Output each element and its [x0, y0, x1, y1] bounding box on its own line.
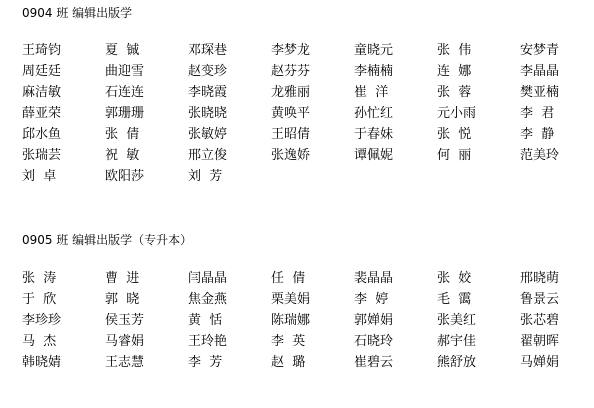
student-name: 元小雨 — [437, 103, 520, 124]
student-name: 王昭倩 — [271, 124, 354, 145]
student-name: 侯玉芳 — [105, 310, 188, 331]
student-name: 黄唤平 — [271, 103, 354, 124]
student-name: 樊亚楠 — [520, 82, 594, 103]
student-name: 张 涛 — [22, 268, 105, 289]
student-name — [354, 166, 437, 187]
student-name: 邱水鱼 — [22, 124, 105, 145]
student-name: 夏 铖 — [105, 40, 188, 61]
student-name: 安梦青 — [520, 40, 594, 61]
student-name: 李 君 — [520, 103, 594, 124]
student-name: 张 姣 — [437, 268, 520, 289]
student-name — [520, 166, 594, 187]
student-name: 连 娜 — [437, 61, 520, 82]
table-row: 薛亚荣 郭珊珊 张晓晓 黄唤平 孙忙红 元小雨 李 君 — [22, 103, 594, 124]
student-name: 何 丽 — [437, 145, 520, 166]
student-name: 鲁景云 — [520, 289, 594, 310]
student-name: 翟朝晖 — [520, 331, 594, 352]
student-name — [271, 166, 354, 187]
student-name: 张瑞芸 — [22, 145, 105, 166]
student-name: 张敏婷 — [188, 124, 271, 145]
student-name: 张晓晓 — [188, 103, 271, 124]
student-name: 焦金燕 — [188, 289, 271, 310]
student-name: 赵变珍 — [188, 61, 271, 82]
student-name: 邢立俊 — [188, 145, 271, 166]
student-name: 郝宇佳 — [437, 331, 520, 352]
student-name: 曹 进 — [105, 268, 188, 289]
student-name: 石连连 — [105, 82, 188, 103]
student-name: 李梦龙 — [271, 40, 354, 61]
student-name: 马婵娟 — [520, 352, 594, 373]
name-grid-0905: 张 涛 曹 进 闫晶晶 任 倩 裴晶晶 张 姣 邢晓萌 于 欣 郭 晓 焦金燕 … — [22, 268, 594, 373]
student-name: 栗美娟 — [271, 289, 354, 310]
table-row: 张瑞芸 祝 敏 邢立俊 张逸娇 谭佩妮 何 丽 范美玲 — [22, 145, 594, 166]
student-name: 邓琛巷 — [188, 40, 271, 61]
student-name: 李 静 — [520, 124, 594, 145]
student-name: 李 婷 — [354, 289, 437, 310]
student-name: 李楠楠 — [354, 61, 437, 82]
student-name: 郭珊珊 — [105, 103, 188, 124]
student-name: 韩晓婧 — [22, 352, 105, 373]
student-name: 李 英 — [271, 331, 354, 352]
student-name: 熊舒放 — [437, 352, 520, 373]
table-row: 周廷廷 曲迎雪 赵变珍 赵芬芬 李楠楠 连 娜 李晶晶 — [22, 61, 594, 82]
student-name: 张美红 — [437, 310, 520, 331]
student-name: 王志慧 — [105, 352, 188, 373]
table-row: 马 杰 马睿娟 王玲艳 李 英 石晓玲 郝宇佳 翟朝晖 — [22, 331, 594, 352]
student-name: 刘 卓 — [22, 166, 105, 187]
student-name: 周廷廷 — [22, 61, 105, 82]
table-row: 李珍珍 侯玉芳 黄 恬 陈瑞娜 郭婵娟 张美红 张芯碧 — [22, 310, 594, 331]
student-name: 张 伟 — [437, 40, 520, 61]
student-name: 孙忙红 — [354, 103, 437, 124]
student-name: 赵芬芬 — [271, 61, 354, 82]
student-name: 毛 霭 — [437, 289, 520, 310]
student-name: 马睿娟 — [105, 331, 188, 352]
table-row: 张 涛 曹 进 闫晶晶 任 倩 裴晶晶 张 姣 邢晓萌 — [22, 268, 594, 289]
table-row: 刘 卓 欧阳莎 刘 芳 — [22, 166, 594, 187]
student-name: 童晓元 — [354, 40, 437, 61]
student-name: 王琦钧 — [22, 40, 105, 61]
student-name: 赵 璐 — [271, 352, 354, 373]
name-grid-0904: 王琦钧 夏 铖 邓琛巷 李梦龙 童晓元 张 伟 安梦青 周廷廷 曲迎雪 赵变珍 … — [22, 40, 594, 187]
student-name: 于春妹 — [354, 124, 437, 145]
student-name: 任 倩 — [271, 268, 354, 289]
table-row: 麻洁敏 石连连 李晓霞 龙雅丽 崔 洋 张 蓉 樊亚楠 — [22, 82, 594, 103]
student-name: 石晓玲 — [354, 331, 437, 352]
table-row: 王琦钧 夏 铖 邓琛巷 李梦龙 童晓元 张 伟 安梦青 — [22, 40, 594, 61]
student-name — [437, 166, 520, 187]
student-name: 黄 恬 — [188, 310, 271, 331]
section-title-0905: 0905 班 编辑出版学（专升本） — [22, 233, 192, 247]
student-name: 崔 洋 — [354, 82, 437, 103]
student-name: 郭 晓 — [105, 289, 188, 310]
student-name: 崔碧云 — [354, 352, 437, 373]
student-name: 祝 敏 — [105, 145, 188, 166]
student-name: 谭佩妮 — [354, 145, 437, 166]
student-name: 李晶晶 — [520, 61, 594, 82]
student-name: 裴晶晶 — [354, 268, 437, 289]
section-title-0904: 0904 班 编辑出版学 — [22, 6, 132, 20]
student-name: 于 欣 — [22, 289, 105, 310]
student-name: 麻洁敏 — [22, 82, 105, 103]
student-name: 龙雅丽 — [271, 82, 354, 103]
student-name: 张 倩 — [105, 124, 188, 145]
student-name: 张 蓉 — [437, 82, 520, 103]
student-name: 张 悦 — [437, 124, 520, 145]
student-name: 薛亚荣 — [22, 103, 105, 124]
student-name: 张逸娇 — [271, 145, 354, 166]
student-name: 闫晶晶 — [188, 268, 271, 289]
student-name: 李珍珍 — [22, 310, 105, 331]
student-name: 李 芳 — [188, 352, 271, 373]
student-name: 李晓霞 — [188, 82, 271, 103]
table-row: 于 欣 郭 晓 焦金燕 栗美娟 李 婷 毛 霭 鲁景云 — [22, 289, 594, 310]
student-name: 邢晓萌 — [520, 268, 594, 289]
student-name: 曲迎雪 — [105, 61, 188, 82]
student-name: 欧阳莎 — [105, 166, 188, 187]
table-row: 韩晓婧 王志慧 李 芳 赵 璐 崔碧云 熊舒放 马婵娟 — [22, 352, 594, 373]
student-name: 陈瑞娜 — [271, 310, 354, 331]
student-name: 王玲艳 — [188, 331, 271, 352]
student-name: 范美玲 — [520, 145, 594, 166]
student-name: 郭婵娟 — [354, 310, 437, 331]
student-name: 张芯碧 — [520, 310, 594, 331]
table-row: 邱水鱼 张 倩 张敏婷 王昭倩 于春妹 张 悦 李 静 — [22, 124, 594, 145]
student-name: 马 杰 — [22, 331, 105, 352]
student-name: 刘 芳 — [188, 166, 271, 187]
